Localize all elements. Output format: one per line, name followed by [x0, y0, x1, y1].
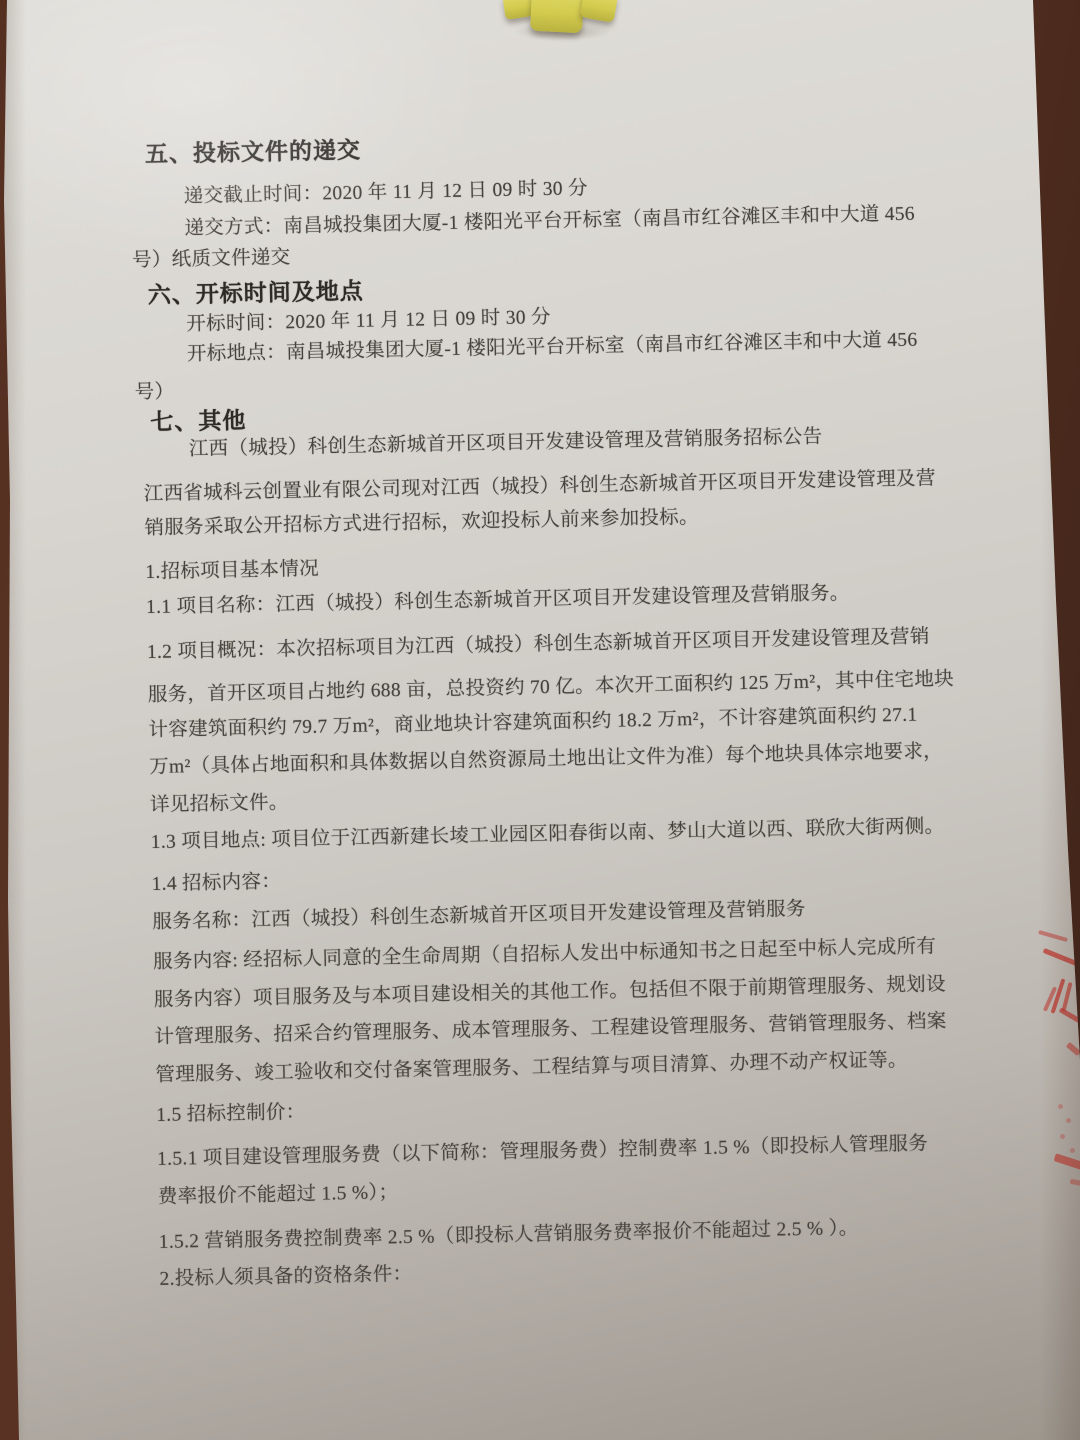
doc-line: 江西省城科云创置业有限公司现对江西（城投）科创生态新城首开区项目开发建设管理及营 — [144, 464, 936, 510]
doc-line: 2.投标人须具备的资格条件： — [159, 1260, 412, 1295]
red-stamp-speckle — [1070, 1148, 1075, 1153]
doc-line: 1.2 项目概况：本次招标项目为江西（城投）科创生态新城首开区项目开发建设管理及… — [147, 622, 930, 668]
doc-line: 号）纸质文件递交 — [132, 243, 291, 276]
sticky-tab — [530, 0, 584, 33]
doc-line: 1.招标项目基本情况 — [145, 555, 319, 588]
doc-line: 1.4 招标内容： — [151, 867, 281, 900]
doc-line: 1.5.2 营销服务费控制费率 2.5 %（即投标人营销服务费率报价不能超过 2… — [159, 1214, 859, 1258]
red-stamp-speckle — [1060, 1134, 1065, 1139]
document-text: 五、投标文件的递交 递交截止时间：2020 年 11 月 12 日 09 时 3… — [134, 0, 953, 1440]
doc-line: 详见招标文件。 — [150, 788, 289, 821]
photo-of-document: 五、投标文件的递交 递交截止时间：2020 年 11 月 12 日 09 时 3… — [0, 0, 1080, 1440]
red-stamp-speckle — [1066, 1118, 1071, 1123]
red-stamp-fragment — [1054, 1153, 1080, 1170]
paper-sheet: 五、投标文件的递交 递交截止时间：2020 年 11 月 12 日 09 时 3… — [0, 0, 1080, 1440]
doc-line: 1.3 项目地点: 项目位于江西新建长堎工业园区阳春街以南、梦山大道以西、联欣大… — [150, 812, 944, 858]
red-stamp-fragment — [1066, 1042, 1080, 1056]
doc-line: 费率报价不能超过 1.5 %）； — [158, 1178, 399, 1213]
section-heading-7: 七、其他 — [142, 406, 247, 438]
doc-line: 1.5 招标控制价： — [156, 1098, 306, 1131]
doc-line: 计管理服务、招采合约管理服务、成本管理服务、工程建设管理服务、营销管理服务、档案 — [154, 1007, 946, 1053]
doc-line: 万m²（具体占地面积和具体数据以自然资源局土地出让文件为准）每个地块具体宗地要求… — [149, 737, 943, 783]
red-stamp-fragment — [1070, 1179, 1080, 1186]
red-stamp-fragment — [1038, 930, 1068, 942]
doc-line: 1.5.1 项目建设管理服务费（以下简称：管理服务费）控制费率 1.5 %（即投… — [157, 1129, 928, 1174]
doc-line: 服务内容: 经招标人同意的全生命周期（自招标人发出中标通知书之日起至中标人完成所… — [153, 932, 937, 978]
section-heading-5: 五、投标文件的递交 — [137, 136, 362, 170]
red-stamp-speckle — [1058, 1104, 1063, 1109]
doc-line: 管理服务、竣工验收和交付备案管理服务、工程结算与项目清算、办理不动产权证等。 — [155, 1046, 908, 1091]
doc-line: 销服务采取公开招标方式进行招标，欢迎投标人前来参加投标。 — [144, 503, 699, 544]
red-stamp-fragment — [1043, 948, 1080, 969]
section-heading-6: 六、开标时间及地点 — [140, 277, 365, 311]
red-stamp-fragment — [1059, 1007, 1080, 1025]
doc-line: 号） — [134, 377, 174, 408]
doc-line: 服务名称：江西（城投）科创生态新城首开区项目开发建设管理及营销服务 — [152, 895, 806, 938]
